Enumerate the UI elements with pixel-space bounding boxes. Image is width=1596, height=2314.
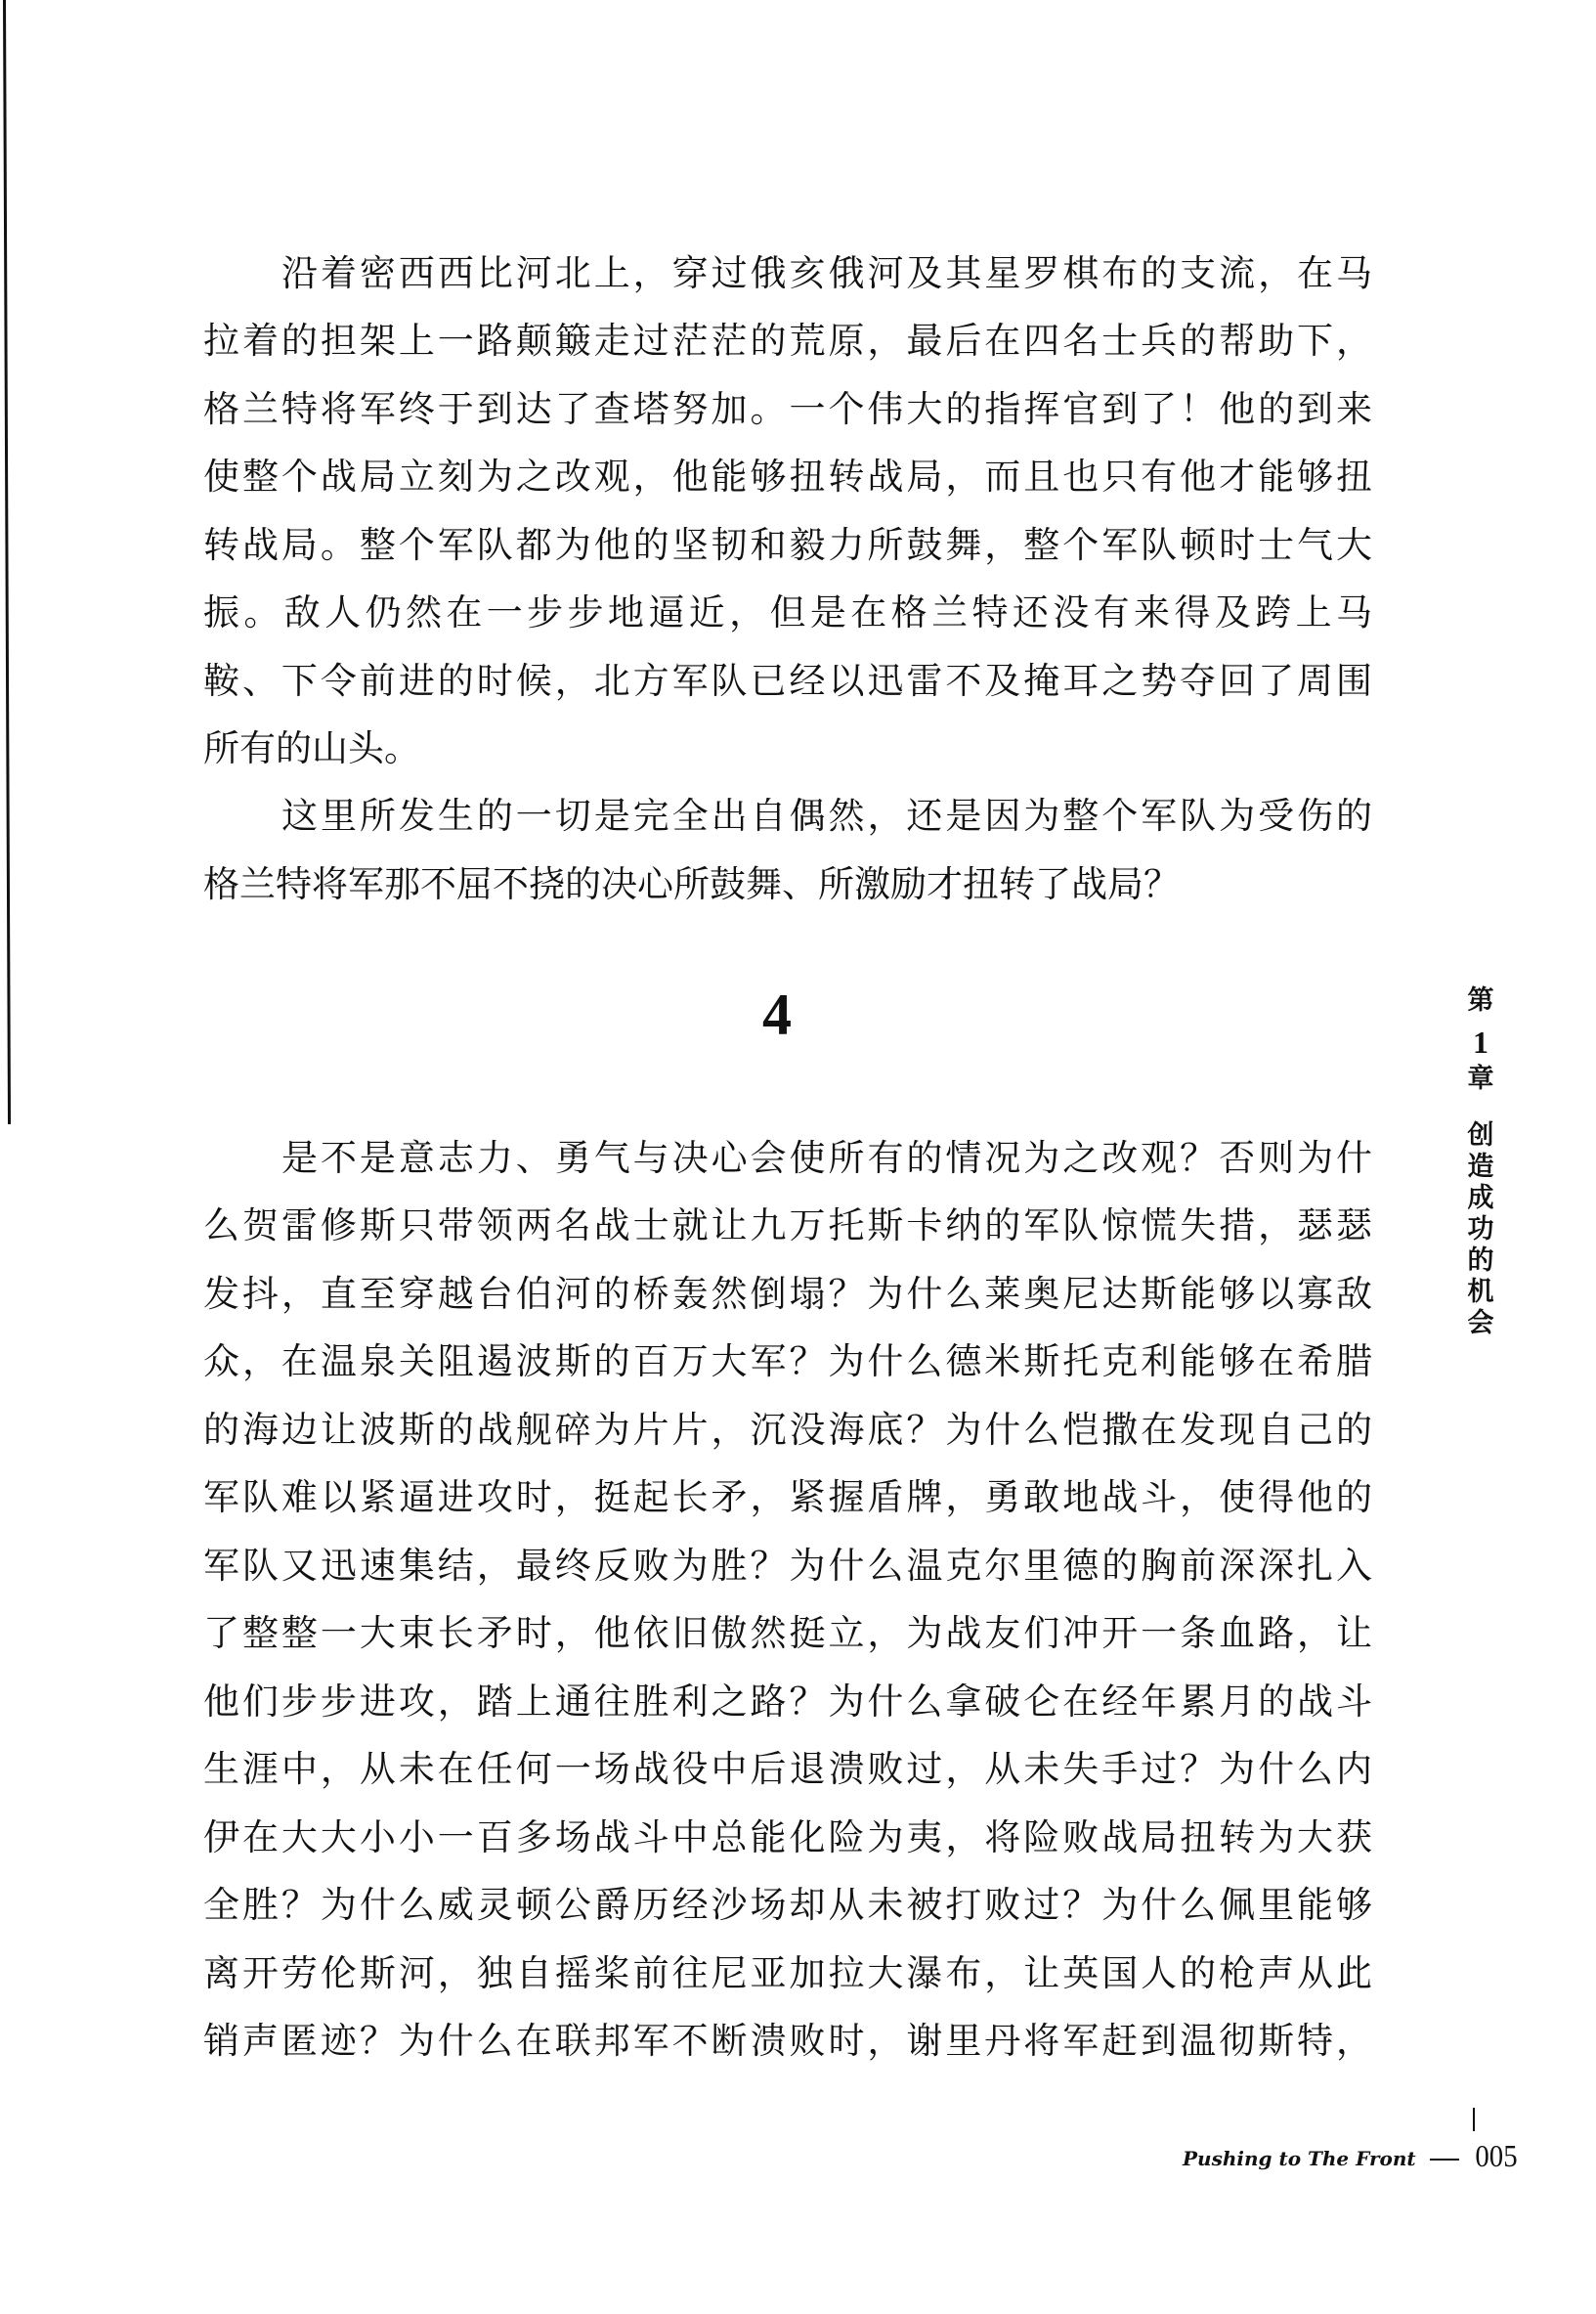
chapter-title-char: 会: [1464, 1308, 1497, 1339]
chapter-title-char: 造: [1464, 1152, 1497, 1183]
paragraph-1-line-4: 使整个战局立刻为之改观，他能够扭转战局，而且也只有他才能够扭: [203, 456, 1372, 499]
paragraph-3-line-7: 军队又迅速集结，最终反败为胜？为什么温克尔里德的胸前深深扎入: [203, 1545, 1372, 1588]
paragraph-3-line-12: 全胜？为什么威灵顿公爵历经沙场却从未被打败过？为什么佩里能够: [203, 1884, 1372, 1927]
paragraph-2-line-1: 这里所发生的一切是完全出自偶然，还是因为整个军队为受伤的: [281, 795, 1372, 838]
paragraph-3-line-4: 众，在温泉关阻遏波斯的百万大军？为什么德米斯托克利能够在希腊: [203, 1340, 1372, 1383]
page-footer: Pushing to The Front 005: [1183, 2137, 1520, 2172]
chapter-title: 创 造 成 功 的 机 会: [1464, 1120, 1497, 1339]
binding-edge-line: [3, 0, 11, 1124]
paragraph-2-line-2: 格兰特将军那不屈不挠的决心所鼓舞、所激励才扭转了战局？: [203, 863, 1372, 906]
chapter-title-char: 创: [1464, 1120, 1497, 1152]
running-book-title: Pushing to The Front: [1183, 2145, 1416, 2172]
paragraph-1-line-1: 沿着密西西比河北上，穿过俄亥俄河及其星罗棋布的支流，在马: [281, 252, 1372, 295]
paragraph-3-line-2: 么贺雷修斯只带领两名战士就让九万托斯卡纳的军队惊慌失措，瑟瑟: [203, 1204, 1372, 1247]
paragraph-1-line-6: 振。敌人仍然在一步步地逼近，但是在格兰特还没有来得及跨上马: [203, 591, 1372, 634]
paragraph-3-line-3: 发抖，直至穿越台伯河的桥轰然倒塌？为什么莱奥尼达斯能够以寡敌: [203, 1273, 1372, 1316]
paragraph-3-line-11: 伊在大大小小一百多场战斗中总能化险为夷，将险败战局扭转为大获: [203, 1816, 1372, 1859]
paragraph-3-line-13: 离开劳伦斯河，独自摇桨前往尼亚加拉大瀑布，让英国人的枪声从此: [203, 1952, 1372, 1995]
book-page: 沿着密西西比河北上，穿过俄亥俄河及其星罗棋布的支流，在马 拉着的担架上一路颠簸走…: [0, 0, 1596, 2314]
chapter-prefix: 第: [1464, 985, 1497, 1017]
chapter-side-tab: 第 1 章 创 造 成 功 的 机 会: [1464, 985, 1497, 1339]
chapter-suffix: 章: [1464, 1064, 1497, 1095]
chapter-number: 1: [1464, 1023, 1497, 1062]
paragraph-3-line-10: 生涯中，从未在任何一场战役中后退溃败过，从未失手过？为什么内: [203, 1748, 1372, 1791]
paragraph-1-line-5: 转战局。整个军队都为他的坚韧和毅力所鼓舞，整个军队顿时士气大: [203, 524, 1372, 567]
paragraph-3-line-14: 销声匿迹？为什么在联邦军不断溃败时，谢里丹将军赶到温彻斯特，: [203, 2020, 1372, 2063]
paragraph-3-line-5: 的海边让波斯的战舰碎为片片，沉没海底？为什么恺撒在发现自己的: [203, 1409, 1372, 1452]
chapter-title-char: 的: [1464, 1245, 1497, 1277]
chapter-title-char: 机: [1464, 1277, 1497, 1308]
paragraph-3-line-9: 他们步步进攻，踏上通往胜利之路？为什么拿破仑在经年累月的战斗: [203, 1681, 1372, 1724]
paragraph-3-line-6: 军队难以紧逼进攻时，挺起长矛，紧握盾牌，勇敢地战斗，使得他的: [203, 1476, 1372, 1519]
section-number-heading: 4: [762, 985, 792, 1044]
footer-dash: [1430, 2159, 1459, 2161]
paragraph-3-line-1: 是不是意志力、勇气与决心会使所有的情况为之改观？否则为什: [281, 1137, 1372, 1180]
paragraph-1-line-2: 拉着的担架上一路颠簸走过茫茫的荒原，最后在四名士兵的帮助下，: [203, 320, 1372, 363]
paragraph-1-line-3: 格兰特将军终于到达了查塔努加。一个伟大的指挥官到了！他的到来: [203, 388, 1372, 431]
paragraph-1-line-8: 所有的山头。: [203, 727, 1372, 770]
page-number: 005: [1475, 2139, 1517, 2172]
paragraph-1-line-7: 鞍、下令前进的时候，北方军队已经以迅雷不及掩耳之势夺回了周围: [203, 660, 1372, 703]
chapter-title-char: 功: [1464, 1214, 1497, 1245]
chapter-title-char: 成: [1464, 1183, 1497, 1214]
footer-tick-mark: [1473, 2108, 1475, 2131]
paragraph-3-line-8: 了整整一大束长矛时，他依旧傲然挺立，为战友们冲开一条血路，让: [203, 1612, 1372, 1655]
